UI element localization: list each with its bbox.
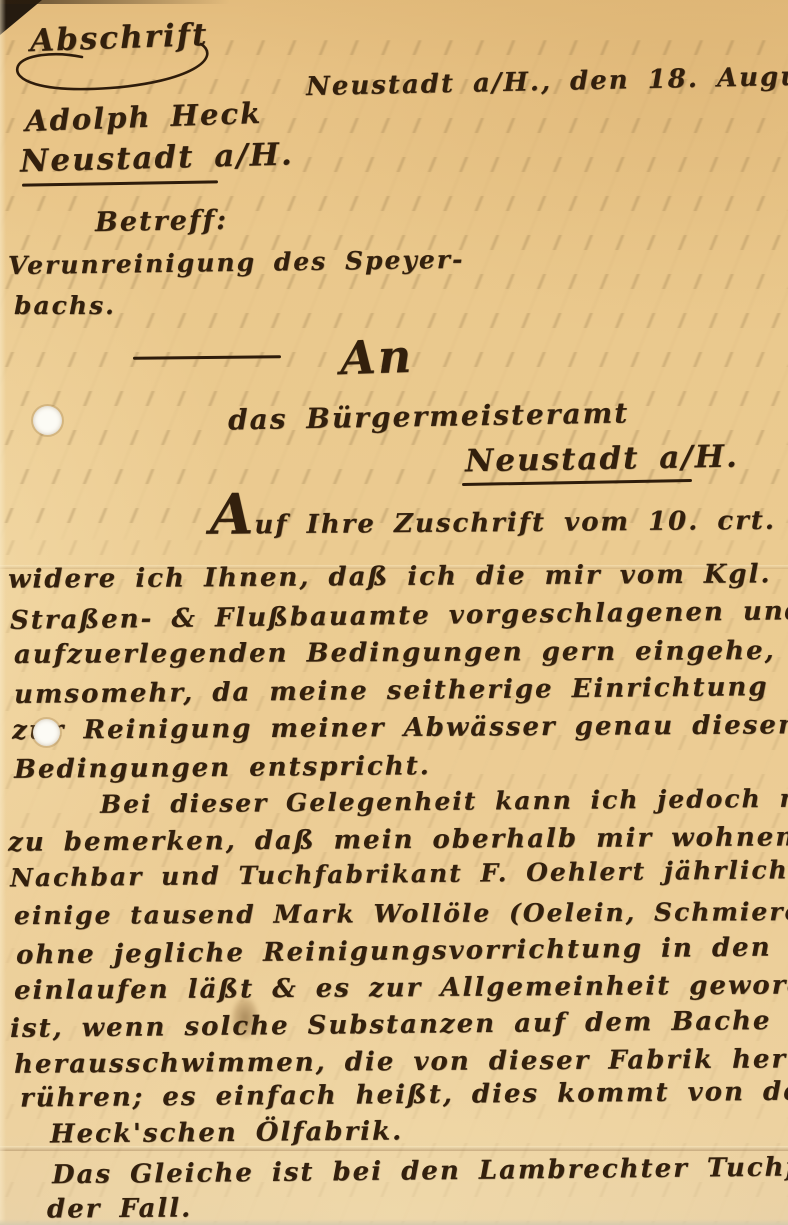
subject-line: bachs. bbox=[14, 291, 116, 320]
sender-name: Adolph Heck bbox=[24, 96, 262, 138]
scan-edge-shadow bbox=[0, 0, 230, 4]
body-line: Heck'schen Ölfabrik. bbox=[50, 1116, 403, 1149]
body-line: Das Gleiche ist bei den Lambrechter Tuch… bbox=[52, 1152, 788, 1191]
body-line: ohne jegliche Reinigungsvorrichtung in d… bbox=[16, 932, 788, 971]
body-line: Straßen- & Flußbauamte vorgeschlagenen u… bbox=[10, 596, 788, 636]
recipient-salutation: An bbox=[339, 329, 414, 386]
punch-hole bbox=[33, 406, 62, 435]
scan-edge-highlight bbox=[0, 1219, 788, 1225]
body-line: herausschwimmen, die von dieser Fabrik h… bbox=[14, 1044, 788, 1079]
subject-line: Verunreinigung des Speyer- bbox=[8, 245, 465, 280]
separator-line bbox=[133, 355, 281, 360]
dateline: Neustadt a/H., den 18. August 18 bbox=[306, 60, 788, 102]
punch-hole bbox=[33, 719, 60, 746]
body-line: zu bemerken, daß mein oberhalb mir wohne… bbox=[8, 822, 788, 858]
body-line: rühren; es einfach heißt, dies kommt von… bbox=[20, 1077, 788, 1114]
scan-edge-highlight bbox=[0, 0, 6, 1225]
underline-flourish-icon bbox=[8, 38, 222, 96]
body-line: Nachbar und Tuchfabrikant F. Oehlert jäh… bbox=[10, 855, 788, 893]
body-line: einige tausend Mark Wollöle (Oelein, Sch… bbox=[14, 897, 788, 930]
body-line: aufzuerlegenden Bedingungen gern eingehe… bbox=[14, 636, 776, 670]
body-line: zur Reinigung meiner Abwässer genau dies… bbox=[12, 710, 788, 745]
body-line: ist, wenn solche Substanzen auf dem Bach… bbox=[10, 1006, 772, 1044]
subject-label: Betreff: bbox=[95, 205, 229, 238]
body-line: widere ich Ihnen, daß ich die mir vom Kg… bbox=[8, 559, 772, 594]
recipient-line: das Bürgermeisteramt bbox=[228, 397, 630, 437]
body-line: einlaufen läßt & es zur Allgemeinheit ge… bbox=[14, 970, 788, 1006]
body-line: Bei dieser Gelegenheit kann ich jedoch n… bbox=[100, 782, 788, 819]
body-line: Bedingungen entspricht. bbox=[14, 751, 431, 785]
body-line: umsomehr, da meine seitherige Einrichtun… bbox=[14, 672, 769, 710]
scanned-letter-page: Abschrift Neustadt a/H., den 18. August … bbox=[0, 0, 788, 1225]
recipient-line: Neustadt a/H. bbox=[465, 439, 739, 480]
sender-place: Neustadt a/H. bbox=[20, 136, 295, 179]
sender-underline bbox=[22, 180, 218, 186]
recipient-underline bbox=[462, 479, 692, 486]
body-line: Auf Ihre Zuschrift vom 10. crt. er- bbox=[210, 489, 788, 541]
